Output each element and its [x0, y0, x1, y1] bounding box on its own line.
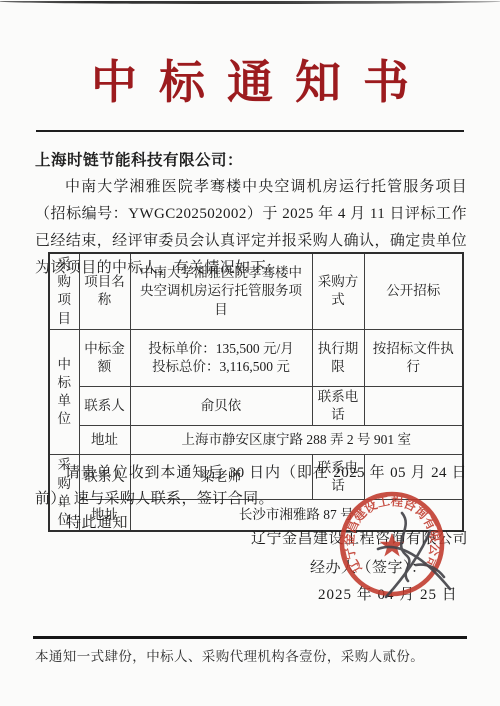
cell-winner-contact-label: 联系人 — [79, 386, 130, 425]
closing-line: 特此通知 — [66, 511, 128, 532]
cell-method: 公开招标 — [364, 253, 463, 329]
addressee: 上海时链节能科技有限公司： — [35, 148, 467, 170]
cell-winner-contact: 俞贝依 — [130, 386, 312, 425]
table-row: 联系人 俞贝依 联系电话 — [49, 386, 463, 425]
cell-purchase-item-label: 采购项目 — [49, 253, 79, 329]
table-row: 中标单位 中标金额 投标单价：135,500 元/月 投标总价：3,116,50… — [49, 329, 463, 386]
cell-winner-phone — [364, 386, 463, 425]
table-row: 地址 上海市静安区康宁路 288 弄 2 号 901 室 — [49, 426, 463, 455]
cell-winner-phone-label: 联系电话 — [312, 386, 364, 425]
cell-winner-label: 中标单位 — [49, 329, 79, 454]
amount-unit-price: 投标单价：135,500 元/月 — [134, 340, 309, 358]
cell-method-label: 采购方式 — [312, 253, 364, 329]
cell-project-name: 中南大学湘雅医院孝骞楼中央空调机房运行托管服务项目 — [130, 253, 312, 329]
amount-total-price: 投标总价：3,116,500 元 — [134, 358, 309, 376]
cell-period-label: 执行期限 — [312, 329, 364, 386]
footer-note: 本通知一式肆份，中标人、采购代理机构各壹份，采购人贰份。 — [35, 645, 467, 665]
title-divider — [36, 130, 464, 132]
footer-divider — [33, 636, 467, 639]
document-title: 中标通知书 — [0, 46, 500, 112]
cell-period: 按招标文件执行 — [364, 329, 463, 386]
cell-amount-label: 中标金额 — [79, 329, 130, 386]
scan-edge-artifact — [0, 1, 500, 4]
cell-winner-address-label: 地址 — [79, 426, 130, 455]
cell-amount-value: 投标单价：135,500 元/月 投标总价：3,116,500 元 — [130, 329, 312, 386]
handwritten-signature — [372, 505, 464, 605]
cell-project-name-label: 项目名称 — [79, 253, 130, 329]
table-row: 采购项目 项目名称 中南大学湘雅医院孝骞楼中央空调机房运行托管服务项目 采购方式… — [49, 253, 463, 329]
cell-winner-address: 上海市静安区康宁路 288 弄 2 号 901 室 — [130, 426, 463, 455]
